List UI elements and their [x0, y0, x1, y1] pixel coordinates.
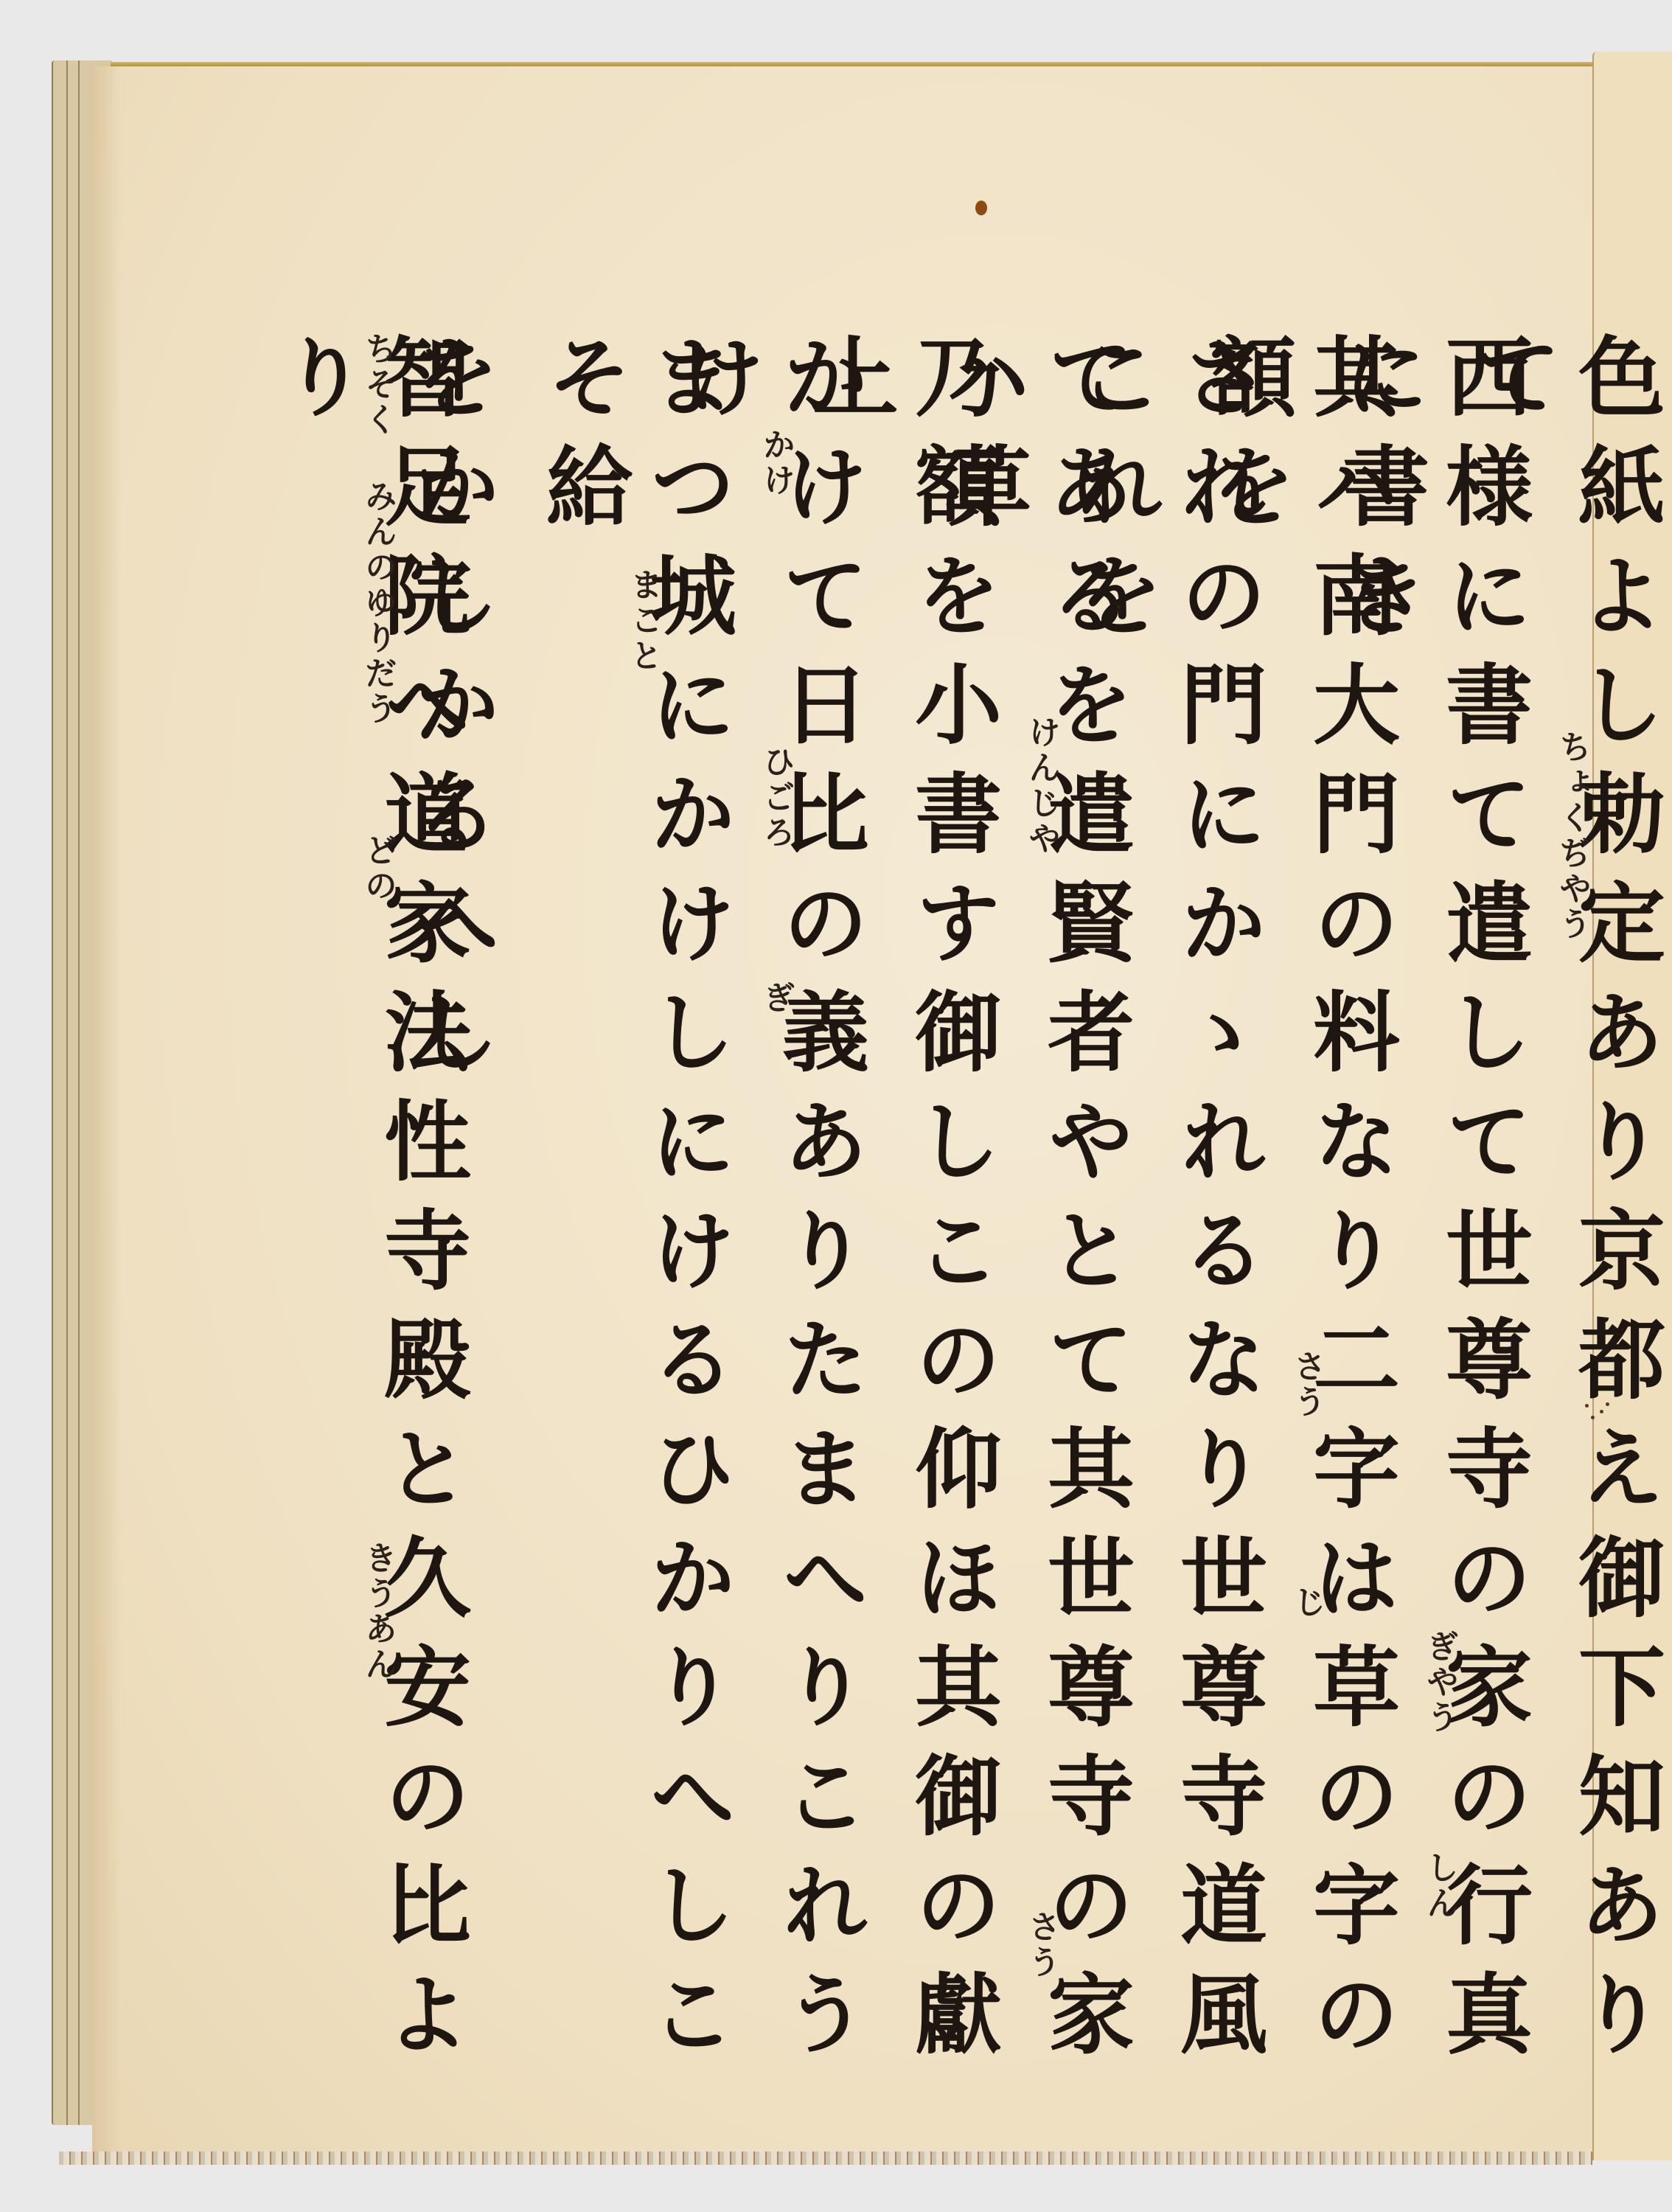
furigana: かけ — [759, 428, 792, 498]
furigana: まこと — [627, 568, 659, 674]
bottom-page-edges — [59, 2152, 1592, 2165]
furigana: しん — [1423, 1851, 1455, 1921]
furigana: さう — [1290, 1349, 1323, 1420]
text-column-8: まつ城にかけしにけるひかりへしこそ給 まこと — [531, 332, 634, 2138]
furigana: どの — [361, 833, 394, 904]
fold-shadow — [92, 66, 122, 2152]
furigana: じ — [1290, 1585, 1323, 1621]
furigana: きうあん — [361, 1541, 394, 1683]
furigana: ちょくぢやう — [1556, 730, 1588, 942]
page-edge-line — [78, 60, 80, 2125]
furigana: ぎやう — [1423, 1630, 1455, 1736]
furigana: ちそく — [361, 332, 394, 438]
page-edge-line — [66, 60, 68, 2125]
furigana: ひごろ — [759, 745, 792, 851]
text-column-10: 智足院へ道家法性寺殿と久安の比より ちそく みんのゆりだう どの きうあん — [265, 332, 369, 2138]
furigana: みんのゆりだう — [361, 479, 394, 727]
furigana: ぎ — [759, 981, 792, 1016]
text-columns: 色紙よし勅定あり京都え御下知ありて ちょくぢやう 西様に書て遣して世尊寺の家の行… — [265, 332, 1563, 2138]
furigana: さう — [1025, 1910, 1057, 1980]
ink-stain — [975, 201, 987, 215]
furigana: けんじや — [1025, 715, 1057, 857]
